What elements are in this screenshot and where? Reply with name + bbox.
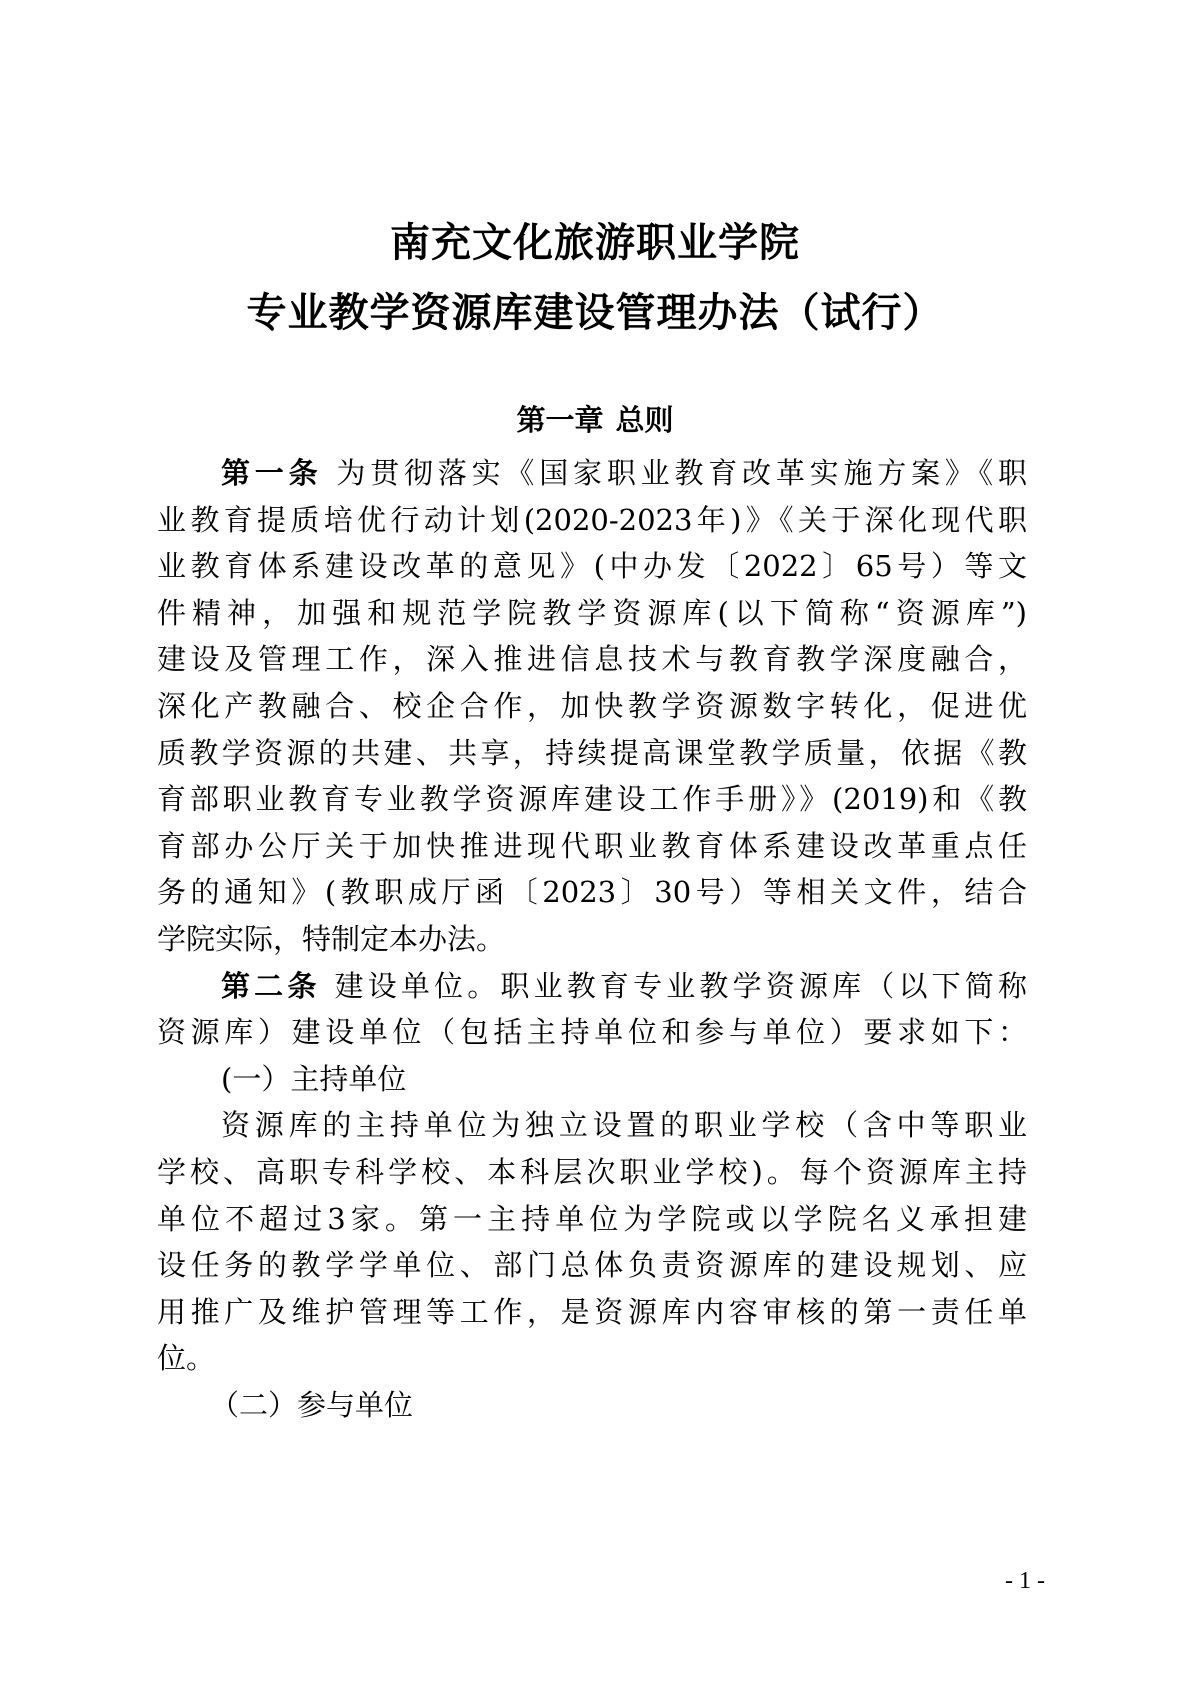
section-1-line: 设任务的教学学单位、部门总体负责资源库的建设规划、应 (157, 1242, 1027, 1289)
section-1-line: 学校、高职专科学校、本科层次职业学校)。每个资源库主持 (157, 1149, 1027, 1196)
article-1-line: 件精神，加强和规范学院教学资源库(以下简称“资源库”) (157, 590, 1027, 637)
article-1-line: 务的通知》(教职成厅函〔2023〕30号）等相关文件，结合 (157, 869, 1027, 916)
chapter-number: 第一章 (516, 403, 603, 437)
section-1-line: 资源库的主持单位为独立设置的职业学校（含中等职业 (157, 1102, 1027, 1149)
chapter-heading: 第一章总则 (0, 400, 1190, 440)
article-1-label: 第一条 (221, 456, 322, 490)
document-title-regulation: 专业教学资源库建设管理办法（试行） (0, 288, 1190, 338)
article-1-line: 育部职业教育专业教学资源库建设工作手册》》(2019)和《教 (157, 776, 1027, 823)
document-page: 南充文化旅游职业学院 专业教学资源库建设管理办法（试行） 第一章总则 第一条为贯… (0, 0, 1190, 1683)
article-1-line: 学院实际，特制定本办法。 (157, 916, 1027, 963)
article-1-line: 业教育提质培优行动计划(2020-2023年)》《关于深化现代职 (157, 497, 1027, 544)
document-body: 第一条为贯彻落实《国家职业教育改革实施方案》《职 业教育提质培优行动计划(202… (157, 450, 1027, 1428)
article-2-label: 第二条 (221, 969, 321, 1003)
article-1-line: 业教育体系建设改革的意见》(中办发〔2022〕65号）等文 (157, 543, 1027, 590)
section-1-line: 单位不超过3家。第一主持单位为学院或以学院名义承担建 (157, 1196, 1027, 1243)
article-1-line: 深化产教融合、校企合作，加快教学资源数字转化，促进优 (157, 683, 1027, 730)
article-1-line: 质教学资源的共建、共享，持续提高课堂教学质量，依据《教 (157, 730, 1027, 777)
article-1-line: 育部办公厅关于加快推进现代职业教育体系建设改革重点任 (157, 823, 1027, 870)
article-2-line: 资源库）建设单位（包括主持单位和参与单位）要求如下： (157, 1009, 1027, 1056)
chapter-name: 总则 (616, 403, 674, 437)
section-2-heading: （二）参与单位 (157, 1382, 1027, 1429)
section-1-heading: (一）主持单位 (157, 1056, 1027, 1103)
article-1-line: 建设及管理工作，深入推进信息技术与教育教学深度融合， (157, 636, 1027, 683)
section-1-line: 位。 (157, 1335, 1027, 1382)
section-1-line: 用推广及维护管理等工作，是资源库内容审核的第一责任单 (157, 1289, 1027, 1336)
document-title-institution: 南充文化旅游职业学院 (0, 218, 1190, 268)
article-1-line: 第一条为贯彻落实《国家职业教育改革实施方案》《职 (157, 450, 1027, 497)
page-number: - 1 - (990, 1566, 1060, 1596)
article-2-line: 第二条建设单位。职业教育专业教学资源库（以下简称 (157, 963, 1027, 1010)
